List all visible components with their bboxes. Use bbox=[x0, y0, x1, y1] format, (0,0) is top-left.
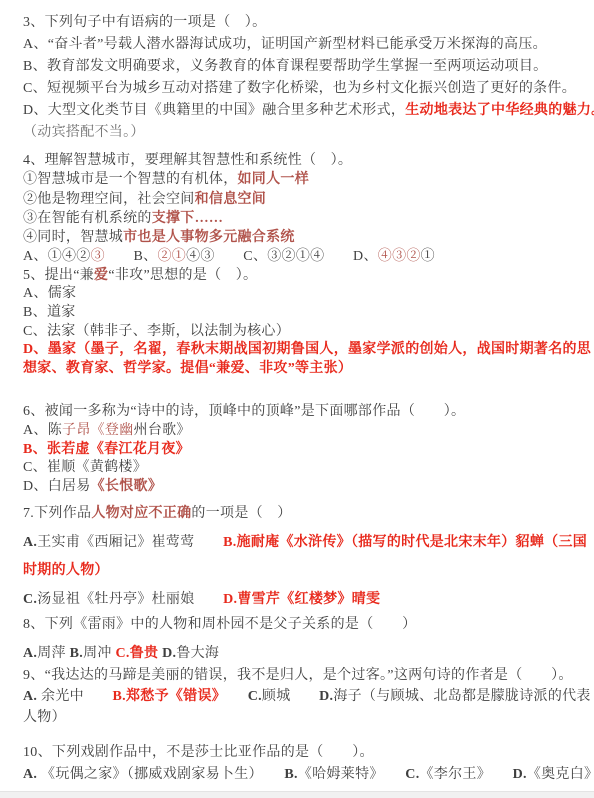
text-segment bbox=[219, 689, 248, 704]
text-segment: 8、下列《雷雨》中的人物和周朴园不是父子关系的是（ ） bbox=[23, 617, 416, 632]
question-line: A. 《玩偶之家》（挪威戏剧家易卜生） B.《哈姆莱特》 C.《李尔王》 D.《… bbox=[23, 764, 576, 786]
question-line: A. 余光中 B.郑愁予《错误》 C.顾城 D.海子（与顾城、北岛都是朦胧诗派的… bbox=[23, 686, 576, 707]
question-line: B、教育部发文明确要求，义务教育的体育课程要帮助学生掌握一至两项运动项目。 bbox=[23, 56, 576, 78]
text-segment: A、儒家 bbox=[23, 286, 76, 301]
question-line: 3、下列句子中有语病的一项是（ ）。 bbox=[23, 12, 576, 34]
text-segment: 3、下列句子中有语病的一项是（ ）。 bbox=[23, 15, 266, 30]
text-segment: B、教育部发文明确要求，义务教育的体育课程要帮助学生掌握一至两项运动项目。 bbox=[23, 59, 547, 74]
question-line: D、白居易《长恨歌》 bbox=[23, 478, 576, 497]
text-segment: 子昂《登幽 bbox=[62, 423, 134, 438]
text-segment: ③ bbox=[91, 249, 105, 264]
text-segment: 《哈姆莱特》 bbox=[298, 767, 405, 782]
question-line: ③在智能有机系统的支撑下…… bbox=[23, 209, 576, 228]
text-segment: ②他是物理空间，社会空间 bbox=[23, 192, 195, 207]
question-q4: 4、理解智慧城市，要理解其智慧性和系统性（ ）。①智慧城市是一个智慧的有机体，如… bbox=[23, 151, 576, 267]
text-segment: 《李尔王》 bbox=[420, 767, 513, 782]
text-segment: A. bbox=[23, 689, 37, 704]
question-q10: 10、下列戏剧作品中，不是莎士比亚作品的是（ ）。A. 《玩偶之家》（挪威戏剧家… bbox=[23, 742, 576, 786]
text-segment: A、①④② bbox=[23, 249, 91, 264]
text-segment: 州台歌》 bbox=[134, 423, 191, 438]
text-segment: 人物对应不正确 bbox=[91, 506, 191, 521]
text-segment: D. bbox=[513, 767, 527, 782]
text-segment: ④③ bbox=[186, 249, 215, 264]
text-segment: D、白居易 bbox=[23, 479, 91, 494]
text-segment: 7.下列作品 bbox=[23, 506, 91, 521]
text-segment: A、“奋斗者”号载人潜水器海试成功，证明国产新型材料已能承受万米探海的高压。 bbox=[23, 37, 547, 52]
text-segment: 6、被闻一多称为“诗中的诗，顶峰中的顶峰”是下面哪部作品（ ）。 bbox=[23, 404, 465, 419]
text-segment: B. bbox=[284, 767, 297, 782]
text-segment: 周冲 bbox=[83, 646, 115, 661]
text-segment: 如同人一样 bbox=[238, 172, 310, 187]
text-segment: C、短视频平台为城乡互动对搭建了数字化桥梁，也为乡村文化振兴创造了更好的条件。 bbox=[23, 81, 576, 96]
text-segment: D、大型文化类节目《典籍里的中国》融合里多种艺术形式， bbox=[23, 103, 405, 118]
text-segment: A. bbox=[23, 535, 37, 550]
question-line: 9、“我达达的马蹄是美丽的错误，我不是归人，是个过客。”这两句诗的作者是（ ）。 bbox=[23, 665, 576, 686]
question-line: 8、下列《雷雨》中的人物和周朴园不是父子关系的是（ ） bbox=[23, 614, 576, 636]
text-segment: 爱 bbox=[94, 268, 108, 283]
question-q9: 9、“我达达的马蹄是美丽的错误，我不是归人，是个过客。”这两句诗的作者是（ ）。… bbox=[23, 665, 576, 728]
question-line: D、墨家（墨子，名翟，春秋末期战国初期鲁国人，墨家学派的创始人，战国时期著名的思 bbox=[23, 341, 576, 360]
text-segment: 和信息空间 bbox=[195, 192, 267, 207]
text-segment: 海子（与顾城、北岛都是朦胧诗派的代表 bbox=[333, 689, 590, 704]
question-line: C.汤显祖《牡丹亭》杜丽娘 D.曹雪芹《红楼梦》晴雯 bbox=[23, 586, 576, 615]
question-q5: 5、提出“兼爱“非攻”思想的是（ ）。A、儒家B、道家C、法家（韩非子、李斯，以… bbox=[23, 267, 576, 379]
text-segment: C. bbox=[248, 689, 262, 704]
text-segment: C、崔顺《黄鹤楼》 bbox=[23, 460, 147, 475]
text-segment: 人物） bbox=[23, 710, 66, 725]
text-segment: 汤显祖《牡丹亭》杜丽娘 bbox=[37, 592, 223, 607]
text-segment: 顾城 bbox=[262, 689, 319, 704]
text-segment: D、墨家（墨子，名翟，春秋末期战国初期鲁国人，墨家学派的创始人，战国时期著名的思 bbox=[23, 342, 591, 357]
text-segment: B.郑愁予《错误》 bbox=[113, 689, 220, 704]
question-line: A、陈子昂《登幽州台歌》 bbox=[23, 422, 576, 441]
text-segment: 鲁大海 bbox=[176, 646, 219, 661]
question-line: C、法家（韩非子、李斯，以法制为核心） bbox=[23, 323, 576, 342]
text-segment: 《奥克白》 bbox=[527, 767, 594, 782]
question-q8: 8、下列《雷雨》中的人物和周朴园不是父子关系的是（ ）A.周萍 B.周冲 C.鲁… bbox=[23, 614, 576, 665]
question-q6: 6、被闻一多称为“诗中的诗，顶峰中的顶峰”是下面哪部作品（ ）。A、陈子昂《登幽… bbox=[23, 403, 576, 496]
text-segment: D.曹雪芹《红楼梦》晴雯 bbox=[223, 592, 380, 607]
question-line: A.王实甫《西厢记》崔莺莺 B.施耐庵《水浒传》（描写的时代是北宋末年）貂蝉（三… bbox=[23, 529, 576, 558]
text-segment: 王实甫《西厢记》崔莺莺 bbox=[37, 535, 223, 550]
document-body: 3、下列句子中有语病的一项是（ ）。A、“奋斗者”号载人潜水器海试成功，证明国产… bbox=[0, 0, 594, 786]
text-segment: C、③②①④ D、 bbox=[215, 249, 378, 264]
question-line: 10、下列戏剧作品中，不是莎士比亚作品的是（ ）。 bbox=[23, 742, 576, 764]
text-segment: B. bbox=[70, 646, 83, 661]
question-line: ①智慧城市是一个智慧的有机体，如同人一样 bbox=[23, 170, 576, 189]
text-segment: 支撑下…… bbox=[152, 211, 224, 226]
text-segment: 5、提出“兼 bbox=[23, 268, 94, 283]
question-line: 时期的人物） bbox=[23, 557, 576, 586]
text-segment: ① bbox=[421, 249, 435, 264]
question-line: 想家、教育家、哲学家。提倡“兼爱、非攻”等主张） bbox=[23, 360, 576, 379]
question-line: 6、被闻一多称为“诗中的诗，顶峰中的顶峰”是下面哪部作品（ ）。 bbox=[23, 403, 576, 422]
text-segment: 生动地表达了中华经典的魅力。 bbox=[405, 103, 594, 118]
question-q3: 3、下列句子中有语病的一项是（ ）。A、“奋斗者”号载人潜水器海试成功，证明国产… bbox=[23, 12, 576, 144]
text-segment: B、张若虚《春江花月夜》 bbox=[23, 442, 190, 457]
text-segment: B、道家 bbox=[23, 305, 76, 320]
text-segment: 《玩偶之家》（挪威戏剧家易卜生） bbox=[37, 767, 284, 782]
question-line: （动宾搭配不当。） bbox=[23, 122, 576, 144]
page-bottom-edge bbox=[0, 791, 594, 798]
text-segment: 的一项是（ ） bbox=[191, 506, 291, 521]
text-segment: A. bbox=[23, 767, 37, 782]
text-segment: C.鲁贵 bbox=[115, 646, 158, 661]
text-segment: 周萍 bbox=[37, 646, 69, 661]
question-line: ②他是物理空间，社会空间和信息空间 bbox=[23, 190, 576, 209]
text-segment: 想家、教育家、哲学家。提倡“兼爱、非攻”等主张） bbox=[23, 361, 352, 376]
text-segment: A、陈 bbox=[23, 423, 62, 438]
text-segment: ④同时，智慧城 bbox=[23, 230, 123, 245]
text-segment: C. bbox=[23, 592, 37, 607]
text-segment: B、 bbox=[105, 249, 158, 264]
text-segment: ①智慧城市是一个智慧的有机体， bbox=[23, 172, 238, 187]
text-segment: D. bbox=[319, 689, 333, 704]
text-segment: D. bbox=[162, 646, 176, 661]
text-segment: 时期的人物） bbox=[23, 563, 109, 578]
question-line: A.周萍 B.周冲 C.鲁贵 D.鲁大海 bbox=[23, 643, 576, 665]
text-segment: 10、下列戏剧作品中，不是莎士比亚作品的是（ ）。 bbox=[23, 745, 374, 760]
text-segment: ②① bbox=[157, 249, 186, 264]
question-line: 5、提出“兼爱“非攻”思想的是（ ）。 bbox=[23, 267, 576, 286]
text-segment: 市也是人事物多元融合系统 bbox=[123, 230, 295, 245]
text-segment: “非攻”思想的是（ ）。 bbox=[108, 268, 257, 283]
text-segment: 9、“我达达的马蹄是美丽的错误，我不是归人，是个过客。”这两句诗的作者是（ ）。 bbox=[23, 668, 573, 683]
question-line: 人物） bbox=[23, 707, 576, 728]
text-segment: 余光中 bbox=[37, 689, 112, 704]
question-line: C、崔顺《黄鹤楼》 bbox=[23, 459, 576, 478]
text-segment: A. bbox=[23, 646, 37, 661]
text-segment: （动宾搭配不当。） bbox=[23, 125, 145, 140]
question-line: A、儒家 bbox=[23, 285, 576, 304]
question-line: 7.下列作品人物对应不正确的一项是（ ） bbox=[23, 500, 576, 529]
text-segment: C. bbox=[405, 767, 419, 782]
text-segment: C、法家（韩非子、李斯，以法制为核心） bbox=[23, 324, 290, 339]
question-line: D、大型文化类节目《典籍里的中国》融合里多种艺术形式，生动地表达了中华经典的魅力… bbox=[23, 100, 576, 122]
text-segment: 《长恨歌》 bbox=[91, 479, 163, 494]
question-line: B、张若虚《春江花月夜》 bbox=[23, 441, 576, 460]
text-segment: ③在智能有机系统的 bbox=[23, 211, 152, 226]
question-line: C、短视频平台为城乡互动对搭建了数字化桥梁，也为乡村文化振兴创造了更好的条件。 bbox=[23, 78, 576, 100]
question-line: 4、理解智慧城市，要理解其智慧性和系统性（ ）。 bbox=[23, 151, 576, 170]
question-q7: 7.下列作品人物对应不正确的一项是（ ）A.王实甫《西厢记》崔莺莺 B.施耐庵《… bbox=[23, 500, 576, 614]
question-line: ④同时，智慧城市也是人事物多元融合系统 bbox=[23, 228, 576, 247]
question-line: A、“奋斗者”号载人潜水器海试成功，证明国产新型材料已能承受万米探海的高压。 bbox=[23, 34, 576, 56]
question-line: A、①④②③ B、②①④③ C、③②①④ D、④③②① bbox=[23, 247, 576, 266]
text-segment: ④③② bbox=[378, 249, 421, 264]
text-segment: 4、理解智慧城市，要理解其智慧性和系统性（ ）。 bbox=[23, 153, 352, 168]
text-segment: B.施耐庵《水浒传》（描写的时代是北宋末年）貂蝉（三国 bbox=[223, 535, 587, 550]
question-line: B、道家 bbox=[23, 304, 576, 323]
